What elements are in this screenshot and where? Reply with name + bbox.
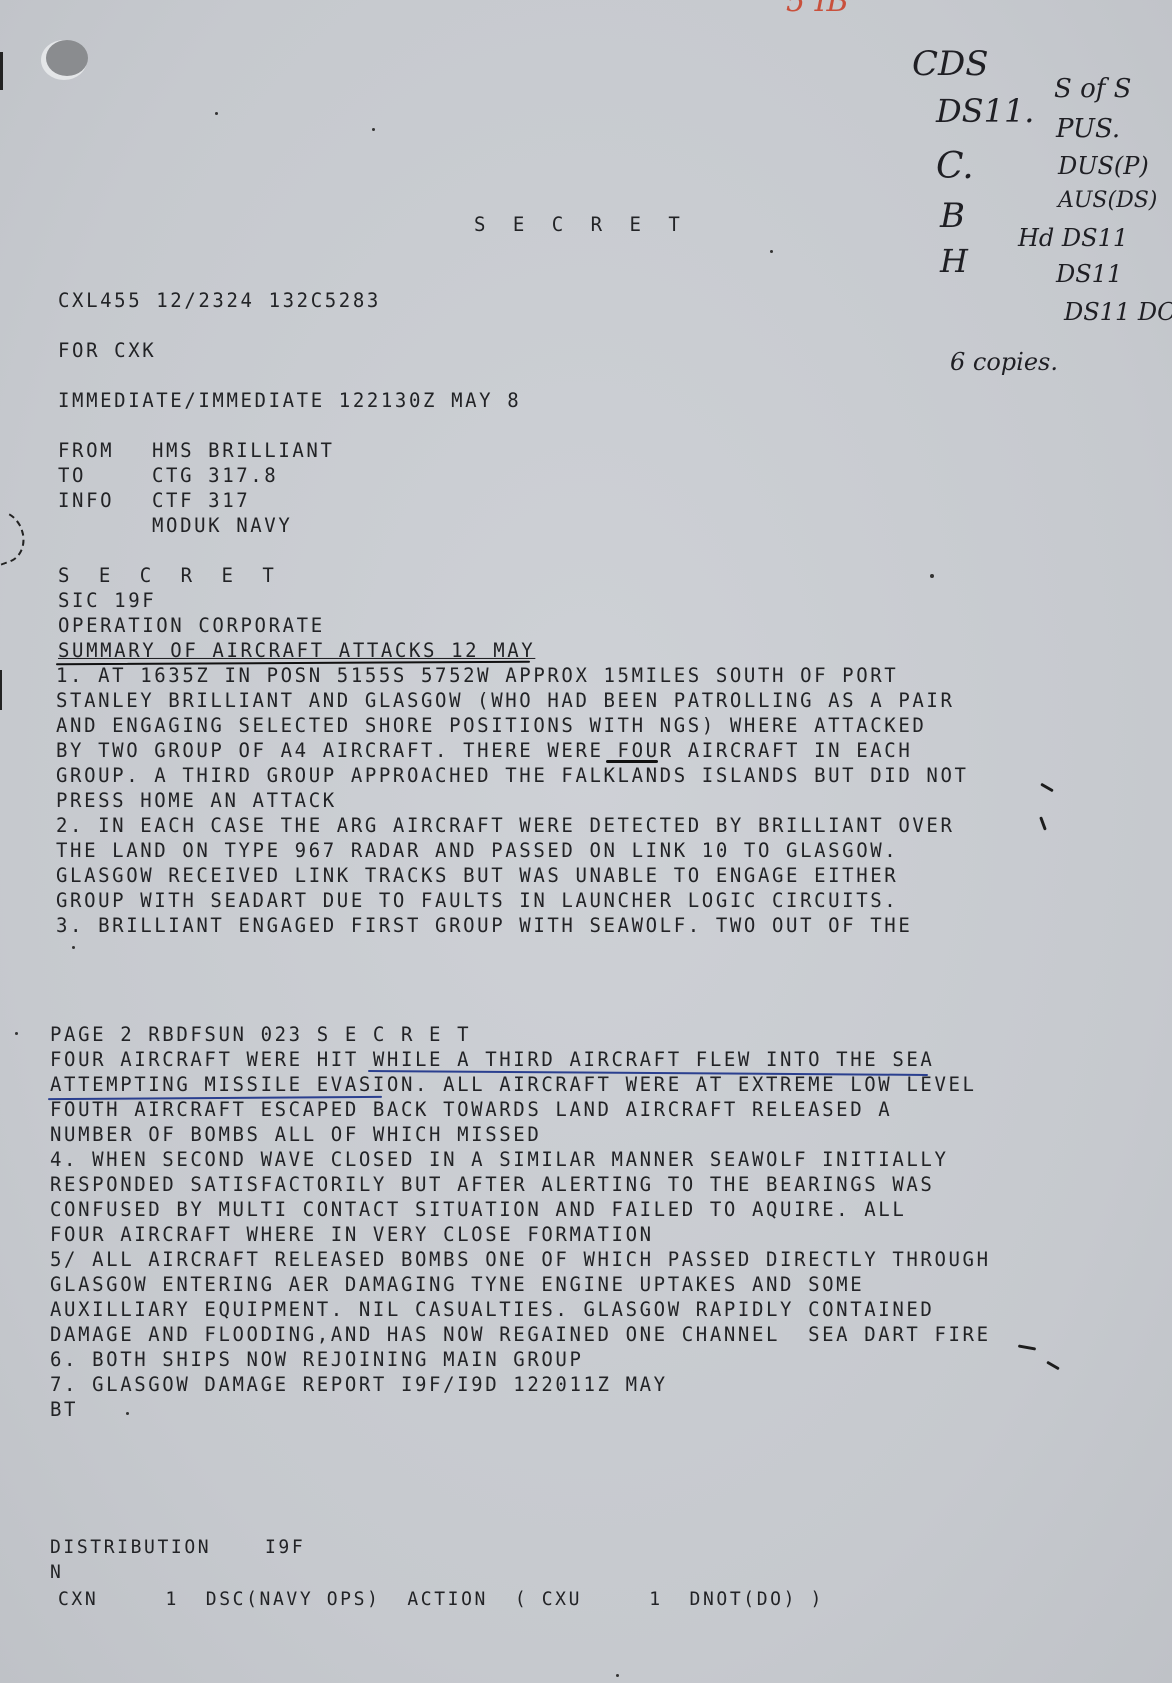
routing-value-info-2: MODUK NAVY <box>152 513 292 539</box>
message-line: RESPONDED SATISFACTORILY BUT AFTER ALERT… <box>50 1172 934 1198</box>
message-line: PRESS HOME AN ATTACK <box>56 788 337 814</box>
paper-speck <box>215 112 218 115</box>
margin-mark <box>0 670 2 710</box>
message-line: ATTEMPTING MISSILE EVASION. ALL AIRCRAFT… <box>50 1072 977 1098</box>
message-line: 6. BOTH SHIPS NOW REJOINING MAIN GROUP <box>50 1347 583 1373</box>
routing-value-from: HMS BRILLIANT <box>152 438 335 464</box>
message-line: 1. AT 1635Z IN POSN 5155S 5752W APPROX 1… <box>56 663 898 689</box>
paper-speck <box>126 1412 129 1415</box>
for-line: FOR CXK <box>58 338 156 364</box>
message-reference: CXL455 12/2324 132C5283 <box>58 288 381 314</box>
precedence-line: IMMEDIATE/IMMEDIATE 122130Z MAY 8 <box>58 388 521 414</box>
handwritten-entry: DS11 DO <box>1064 298 1172 326</box>
message-line: NUMBER OF BOMBS ALL OF WHICH MISSED <box>50 1122 541 1148</box>
margin-tick-mark <box>1018 1344 1036 1350</box>
message-line: FOUR AIRCRAFT WERE HIT WHILE A THIRD AIR… <box>50 1047 934 1073</box>
paper-speck <box>372 128 375 131</box>
operation-line: OPERATION CORPORATE <box>58 613 325 639</box>
paper-speck <box>770 250 773 253</box>
handwritten-copies-note: 6 copies. <box>950 348 1058 376</box>
routing-label-from: FROM <box>58 438 114 464</box>
handwritten-page-ref: 5 IB <box>786 0 849 19</box>
message-line: GROUP. A THIRD GROUP APPROACHED THE FALK… <box>56 763 969 789</box>
four-underline <box>606 760 658 763</box>
handwritten-entry: S of S <box>1054 74 1131 104</box>
message-line: 3. BRILLIANT ENGAGED FIRST GROUP WITH SE… <box>56 913 912 939</box>
message-line: 2. IN EACH CASE THE ARG AIRCRAFT WERE DE… <box>56 813 955 839</box>
distribution-line: CXN 1 DSC(NAVY OPS) ACTION ( CXU 1 DNOT(… <box>58 1586 824 1612</box>
margin-tick-mark <box>1046 1361 1060 1371</box>
handwritten-entry: CDS <box>912 44 989 84</box>
handwritten-entry: AUS(DS) <box>1058 188 1157 213</box>
sic-line: SIC 19F <box>58 588 156 614</box>
message-line: GROUP WITH SEADART DUE TO FAULTS IN LAUN… <box>56 888 898 914</box>
body-classification: S E C R E T <box>58 563 283 589</box>
margin-tick-mark <box>1039 816 1047 830</box>
routing-label-to: TO <box>58 463 86 489</box>
message-line: 4. WHEN SECOND WAVE CLOSED IN A SIMILAR … <box>50 1147 949 1173</box>
paper-speck <box>72 946 75 949</box>
message-line: 7. GLASGOW DAMAGE REPORT I9F/I9D 122011Z… <box>50 1372 668 1398</box>
message-line: THE LAND ON TYPE 967 RADAR AND PASSED ON… <box>56 838 898 864</box>
message-line: GLASGOW RECEIVED LINK TRACKS BUT WAS UNA… <box>56 863 898 889</box>
handwritten-entry: B <box>940 196 965 236</box>
message-line: FOUR AIRCRAFT WHERE IN VERY CLOSE FORMAT… <box>50 1222 654 1248</box>
message-line: GLASGOW ENTERING AER DAMAGING TYNE ENGIN… <box>50 1272 864 1298</box>
message-line: BY TWO GROUP OF A4 AIRCRAFT. THERE WERE … <box>56 738 912 764</box>
handwritten-entry: H <box>940 242 968 280</box>
message-line: STANLEY BRILLIANT AND GLASGOW (WHO HAD B… <box>56 688 955 714</box>
message-line: 5/ ALL AIRCRAFT RELEASED BOMBS ONE OF WH… <box>50 1247 991 1273</box>
routing-value-info: CTF 317 <box>152 488 250 514</box>
paper-speck <box>15 1032 18 1035</box>
distribution-title: DISTRIBUTION I9F <box>50 1534 305 1560</box>
handwritten-entry: C. <box>936 146 974 187</box>
punch-hole <box>46 40 88 76</box>
handwritten-entry: DUS(P) <box>1058 152 1149 180</box>
message-line: DAMAGE AND FLOODING,AND HAS NOW REGAINED… <box>50 1322 991 1348</box>
paper-speck <box>930 574 934 578</box>
paper-speck <box>616 1674 619 1677</box>
message-line: CONFUSED BY MULTI CONTACT SITUATION AND … <box>50 1197 906 1223</box>
distribution-marker: N <box>50 1559 63 1585</box>
handwritten-entry: DS11. <box>936 92 1034 130</box>
handwritten-entry: DS11 <box>1056 260 1122 288</box>
margin-tick-mark <box>1040 783 1054 793</box>
routing-value-to: CTG 317.8 <box>152 463 278 489</box>
message-line: FOUTH AIRCRAFT ESCAPED BACK TOWARDS LAND… <box>50 1097 892 1123</box>
routing-label-info: INFO <box>58 488 114 514</box>
margin-mark <box>0 52 3 90</box>
handwritten-entry: Hd DS11 <box>1018 224 1128 252</box>
message-line: AUXILLIARY EQUIPMENT. NIL CASUALTIES. GL… <box>50 1297 934 1323</box>
handwritten-entry: PUS. <box>1056 114 1120 144</box>
page2-header: PAGE 2 RBDFSUN 023 S E C R E T <box>50 1022 471 1048</box>
classification-banner: S E C R E T <box>474 212 688 238</box>
message-line: AND ENGAGING SELECTED SHORE POSITIONS WI… <box>56 713 926 739</box>
margin-arc-mark <box>0 504 32 570</box>
message-line: BT <box>50 1397 78 1423</box>
